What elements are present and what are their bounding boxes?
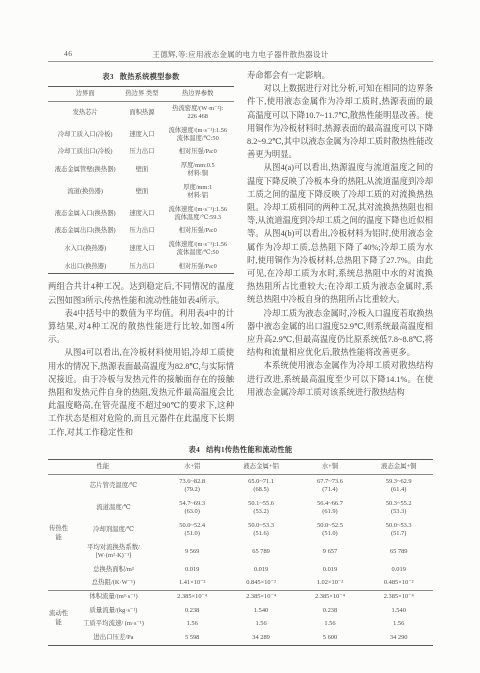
paragraph: 寿命都会有一定影响。 bbox=[247, 69, 433, 82]
cell-range: 50.0~52.4 bbox=[159, 522, 226, 531]
cell-range: 54.7~69.3 bbox=[159, 500, 226, 509]
table3-caption: 表3散热系统模型参数 bbox=[48, 72, 234, 82]
table3-caption-title: 散热系统模型参数 bbox=[120, 73, 180, 81]
boundary-type: 压力出口 bbox=[122, 146, 161, 159]
cell-range: 50.0~53.3 bbox=[228, 522, 295, 531]
row-label: 平均对流换热系数/ [W·(m²·K)⁻¹] bbox=[69, 541, 158, 563]
cell: 1.540 bbox=[227, 604, 296, 617]
cell: 56.4~66.7 (61.9) bbox=[296, 497, 365, 519]
table-row: 总热阻/(K·W⁻¹) 1.41×10⁻² 0.845×10⁻² 1.02×10… bbox=[48, 577, 433, 591]
param-line: 厚度/mm:1 bbox=[162, 184, 233, 192]
param-line: 流体速度/(m·s⁻¹):1.56 bbox=[162, 206, 233, 214]
paragraph: 冷却工质为液态金属时,冷板入口温度若取换热器中液态金属的出口温度52.9℃,则系… bbox=[247, 307, 433, 360]
cell-range: 73.6~82.8 bbox=[159, 478, 226, 487]
boundary-surface: 液态金属入口(换热器) bbox=[48, 203, 122, 225]
table4-col-perf: 性能 bbox=[48, 459, 158, 475]
paragraph: 从图4可以看出,在冷板材料使用铝,冷却工质使用水的情况下,热源表面最高温度为82… bbox=[48, 346, 234, 438]
running-title: 王德辉,等:应用液态金属的电力电子器件散热器设计 bbox=[48, 49, 433, 60]
table-row: 冷却剂温度/℃ 50.0~52.4 (51.0) 50.0~53.3 (51.6… bbox=[48, 519, 433, 541]
paragraph: 对以上数据进行对比分析,可知在相同的边界条件下,使用液态金属作为冷却工质时,热源… bbox=[247, 82, 433, 161]
boundary-surface: 冷却工质入口(冷板) bbox=[48, 124, 122, 146]
cell: 1.540 bbox=[364, 604, 433, 617]
param-line: 材料:铝 bbox=[162, 192, 233, 200]
param-line: 相对压强/Pa:0 bbox=[162, 148, 233, 156]
table-row: 总换热面积/m² 0.019 0.019 0.019 0.019 bbox=[48, 563, 433, 576]
cell: 1.56 bbox=[296, 618, 365, 631]
cell-avg: (61.4) bbox=[365, 486, 432, 495]
cell: 50.0~53.3 (51.6) bbox=[227, 519, 296, 541]
paragraph: 表4中括号中的数值为平均值。利用表4中的计算结果,对4种工况的散热性能进行比较,… bbox=[48, 307, 234, 347]
cell: 50.1~55.6 (53.2) bbox=[227, 497, 296, 519]
param-line: 热流密度/(W·m⁻²): bbox=[162, 105, 233, 113]
row-label: 总换热面积/m² bbox=[69, 563, 158, 576]
boundary-surface: 水出口(换热器) bbox=[48, 260, 122, 274]
group-label-flow: 流动性能 bbox=[48, 591, 69, 646]
paragraph: 从图4(a)可以看出,热源温度与流道温度之间的温度下降反映了冷板本身的热阻,从流… bbox=[247, 161, 433, 306]
page-content: 46 王德辉,等:应用液态金属的电力电子器件散热器设计 表3散热系统模型参数 边… bbox=[0, 0, 480, 646]
table-row: 水出口(换热器) 压力出口 相对压强/Pa:0 bbox=[48, 260, 234, 274]
boundary-type: 速度入口 bbox=[122, 203, 161, 225]
cell-range: 65.0~71.1 bbox=[228, 478, 295, 487]
cell: 65 789 bbox=[227, 541, 296, 563]
table4-caption: 表4结构1传热性能和流动性能 bbox=[48, 445, 433, 455]
cell-range: 59.3~62.9 bbox=[365, 478, 432, 487]
table-row: 平均对流换热系数/ [W·(m²·K)⁻¹] 9 569 65 789 9 65… bbox=[48, 541, 433, 563]
group-label-heat-transfer: 传热性能 bbox=[48, 475, 69, 591]
cell: 2.385×10⁻⁴ bbox=[227, 591, 296, 605]
boundary-type: 面积热源 bbox=[122, 102, 161, 124]
cell: 54.7~69.3 (63.0) bbox=[158, 497, 227, 519]
row-label: 冷却剂温度/℃ bbox=[69, 519, 158, 541]
param-line: 流体温度/℃:50 bbox=[162, 135, 233, 143]
row-label: 总热阻/(K·W⁻¹) bbox=[69, 577, 158, 591]
param-line: 相对压强/Pa:0 bbox=[162, 227, 233, 235]
table3-caption-label: 表3 bbox=[102, 73, 113, 81]
cell: 0.019 bbox=[158, 563, 227, 576]
table-row: 水入口(换热器) 速度入口 流体速度/(m·s⁻¹):1.56 流体温度/℃:5… bbox=[48, 238, 234, 260]
table3-col-surface: 边界面 bbox=[48, 87, 122, 102]
cell-range: 56.4~66.7 bbox=[297, 500, 364, 509]
cell: 65 789 bbox=[364, 541, 433, 563]
param-line: 厚度/mm:0.5 bbox=[162, 162, 233, 170]
cell-avg: (51.6) bbox=[228, 530, 295, 539]
table3-col-type: 热边界 类型 bbox=[122, 87, 161, 102]
row-label: 进出口压差/Pa bbox=[69, 631, 158, 645]
table-row: 流动性能 体积流量/(m³·s⁻¹) 2.385×10⁻⁴ 2.385×10⁻⁴… bbox=[48, 591, 433, 605]
cell-range: 50.0~53.3 bbox=[365, 522, 432, 531]
table4: 性能 水+铝 液态金属+铝 水+铜 液态金属+铜 传热性能 芯片管壳温度/℃ 7… bbox=[48, 459, 433, 646]
table-row: 液态金属入口(换热器) 速度入口 流体速度/(m·s⁻¹):1.56 流体温度/… bbox=[48, 203, 234, 225]
boundary-params: 热流密度/(W·m⁻²): 226 468 bbox=[161, 102, 234, 124]
cell-avg: (51.0) bbox=[297, 530, 364, 539]
cell: 50.0~53.3 (51.7) bbox=[364, 519, 433, 541]
boundary-surface: 液态金属管壁(换热器) bbox=[48, 159, 122, 181]
cell: 2.385×10⁻⁴ bbox=[364, 591, 433, 605]
table3-header-row: 边界面 热边界 类型 热边界参数 bbox=[48, 87, 234, 102]
cell: 0.485×10⁻² bbox=[364, 577, 433, 591]
cell-range: 50.3~55.2 bbox=[365, 500, 432, 509]
table-row: 流道(换热器) 壁面 厚度/mm:1 材料:铝 bbox=[48, 181, 234, 203]
paper-page: 46 王德辉,等:应用液态金属的电力电子器件散热器设计 表3散热系统模型参数 边… bbox=[0, 0, 480, 673]
cell: 67.7~73.6 (71.4) bbox=[296, 475, 365, 497]
row-label: 芯片管壳温度/℃ bbox=[69, 475, 158, 497]
cell-avg: (53.2) bbox=[228, 508, 295, 517]
cell: 50.0~52.5 (51.0) bbox=[296, 519, 365, 541]
cell: 1.56 bbox=[227, 618, 296, 631]
cell: 73.6~82.8 (79.2) bbox=[158, 475, 227, 497]
cell-avg: (53.3) bbox=[365, 508, 432, 517]
cell: 1.56 bbox=[158, 618, 227, 631]
cell-avg: (79.2) bbox=[159, 486, 226, 495]
cell: 34 289 bbox=[227, 631, 296, 645]
boundary-type: 速度入口 bbox=[122, 124, 161, 146]
boundary-params: 厚度/mm:0.5 材料:铜 bbox=[161, 159, 234, 181]
cell-avg: (51.0) bbox=[159, 530, 226, 539]
cell-range: 67.7~73.6 bbox=[297, 478, 364, 487]
cell-avg: (51.7) bbox=[365, 530, 432, 539]
cell: 0.019 bbox=[227, 563, 296, 576]
table4-header-row: 性能 水+铝 液态金属+铝 水+铜 液态金属+铜 bbox=[48, 459, 433, 475]
boundary-params: 流体速度/(m·s⁻¹):1.56 流体温度/℃:50 bbox=[161, 238, 234, 260]
cell: 1.02×10⁻² bbox=[296, 577, 365, 591]
boundary-surface: 冷却工质出口(冷板) bbox=[48, 146, 122, 159]
table3-col-params: 热边界参数 bbox=[161, 87, 234, 102]
table4-col-lm-al: 液态金属+铝 bbox=[227, 459, 296, 475]
param-line: 流体速度/(m·s⁻¹):1.56 bbox=[162, 127, 233, 135]
cell-range: 50.0~52.5 bbox=[297, 522, 364, 531]
table-row: 质量流量/(kg·s⁻¹) 0.238 1.540 0.238 1.540 bbox=[48, 604, 433, 617]
cell: 0.238 bbox=[296, 604, 365, 617]
cell: 5 600 bbox=[296, 631, 365, 645]
cell: 59.3~62.9 (61.4) bbox=[364, 475, 433, 497]
boundary-type: 压力出口 bbox=[122, 260, 161, 274]
table4-col-water-cu: 水+铜 bbox=[296, 459, 365, 475]
paragraph: 本系统使用液态金属作为冷却工质对散热结构进行改进,系统最高温度至少可以下降14.… bbox=[247, 359, 433, 399]
left-column-text: 两组合共计4种工况。达到稳定后,不同情况的温度云图如图3所示,传热性能和流动性能… bbox=[48, 280, 234, 438]
paragraph: 两组合共计4种工况。达到稳定后,不同情况的温度云图如图3所示,传热性能和流动性能… bbox=[48, 280, 234, 306]
boundary-type: 压力出口 bbox=[122, 225, 161, 238]
table-row: 传热性能 芯片管壳温度/℃ 73.6~82.8 (79.2) 65.0~71.1… bbox=[48, 475, 433, 497]
table4-caption-title: 结构1传热性能和流动性能 bbox=[206, 446, 292, 454]
boundary-params: 相对压强/Pa:0 bbox=[161, 225, 234, 238]
boundary-params: 相对压强/Pa:0 bbox=[161, 146, 234, 159]
table4-col-water-al: 水+铝 bbox=[158, 459, 227, 475]
param-line: 流体温度/℃:59.3 bbox=[162, 214, 233, 222]
cell: 34 290 bbox=[364, 631, 433, 645]
param-line: 流体温度/℃:50 bbox=[162, 249, 233, 257]
table4-section: 表4结构1传热性能和流动性能 性能 水+铝 液态金属+铝 水+铜 液态金属+铜 bbox=[48, 445, 433, 646]
cell: 2.385×10⁻⁴ bbox=[296, 591, 365, 605]
param-line: 流体速度/(m·s⁻¹):1.56 bbox=[162, 241, 233, 249]
cell: 1.56 bbox=[364, 618, 433, 631]
row-label: 工质平均流速/ (m·s⁻¹) bbox=[69, 618, 158, 631]
table-row: 发热芯片 面积热源 热流密度/(W·m⁻²): 226 468 bbox=[48, 102, 234, 124]
running-header: 46 王德辉,等:应用液态金属的电力电子器件散热器设计 bbox=[48, 49, 433, 62]
boundary-params: 流体速度/(m·s⁻¹):1.56 流体温度/℃:50 bbox=[161, 124, 234, 146]
cell: 0.238 bbox=[158, 604, 227, 617]
cell-avg: (71.4) bbox=[297, 486, 364, 495]
cell: 5 598 bbox=[158, 631, 227, 645]
param-line: 226 468 bbox=[162, 113, 233, 121]
cell-range: 50.1~55.6 bbox=[228, 500, 295, 509]
table-row: 冷却工质出口(冷板) 压力出口 相对压强/Pa:0 bbox=[48, 146, 234, 159]
cell-avg: (63.0) bbox=[159, 508, 226, 517]
table-row: 冷却工质入口(冷板) 速度入口 流体速度/(m·s⁻¹):1.56 流体温度/℃… bbox=[48, 124, 234, 146]
cell: 0.019 bbox=[364, 563, 433, 576]
boundary-params: 相对压强/Pa:0 bbox=[161, 260, 234, 274]
cell: 50.0~52.4 (51.0) bbox=[158, 519, 227, 541]
cell: 65.0~71.1 (68.5) bbox=[227, 475, 296, 497]
row-label: 质量流量/(kg·s⁻¹) bbox=[69, 604, 158, 617]
cell: 9 569 bbox=[158, 541, 227, 563]
left-column: 表3散热系统模型参数 边界面 热边界 类型 热边界参数 发热芯片 bbox=[48, 69, 234, 439]
table-row: 液态金属管壁(换热器) 壁面 厚度/mm:0.5 材料:铜 bbox=[48, 159, 234, 181]
cell: 2.385×10⁻⁴ bbox=[158, 591, 227, 605]
boundary-type: 速度入口 bbox=[122, 238, 161, 260]
table-row: 工质平均流速/ (m·s⁻¹) 1.56 1.56 1.56 1.56 bbox=[48, 618, 433, 631]
right-column: 寿命都会有一定影响。 对以上数据进行对比分析,可知在相同的边界条件下,使用液态金… bbox=[247, 69, 433, 439]
cell: 0.019 bbox=[296, 563, 365, 576]
row-label: 流道温度/℃ bbox=[69, 497, 158, 519]
table4-caption-label: 表4 bbox=[189, 446, 200, 454]
two-column-body: 表3散热系统模型参数 边界面 热边界 类型 热边界参数 发热芯片 bbox=[48, 69, 433, 439]
boundary-params: 厚度/mm:1 材料:铝 bbox=[161, 181, 234, 203]
row-label: 体积流量/(m³·s⁻¹) bbox=[69, 591, 158, 605]
boundary-type: 壁面 bbox=[122, 181, 161, 203]
table3: 边界面 热边界 类型 热边界参数 发热芯片 面积热源 热流密度/(W·m⁻²):… bbox=[48, 86, 234, 274]
cell: 50.3~55.2 (53.3) bbox=[364, 497, 433, 519]
cell-avg: (61.9) bbox=[297, 508, 364, 517]
cell: 1.41×10⁻² bbox=[158, 577, 227, 591]
table-row: 液态金属出口(换热器) 压力出口 相对压强/Pa:0 bbox=[48, 225, 234, 238]
boundary-surface: 发热芯片 bbox=[48, 102, 122, 124]
boundary-type: 壁面 bbox=[122, 159, 161, 181]
table4-col-lm-cu: 液态金属+铜 bbox=[364, 459, 433, 475]
cell: 0.845×10⁻² bbox=[227, 577, 296, 591]
boundary-surface: 流道(换热器) bbox=[48, 181, 122, 203]
table-row: 进出口压差/Pa 5 598 34 289 5 600 34 290 bbox=[48, 631, 433, 645]
cell-avg: (68.5) bbox=[228, 486, 295, 495]
param-line: 材料:铜 bbox=[162, 170, 233, 178]
boundary-params: 流体速度/(m·s⁻¹):1.56 流体温度/℃:59.3 bbox=[161, 203, 234, 225]
param-line: 相对压强/Pa:0 bbox=[162, 263, 233, 271]
table-row: 流道温度/℃ 54.7~69.3 (63.0) 50.1~55.6 (53.2)… bbox=[48, 497, 433, 519]
boundary-surface: 水入口(换热器) bbox=[48, 238, 122, 260]
boundary-surface: 液态金属出口(换热器) bbox=[48, 225, 122, 238]
cell: 9 657 bbox=[296, 541, 365, 563]
